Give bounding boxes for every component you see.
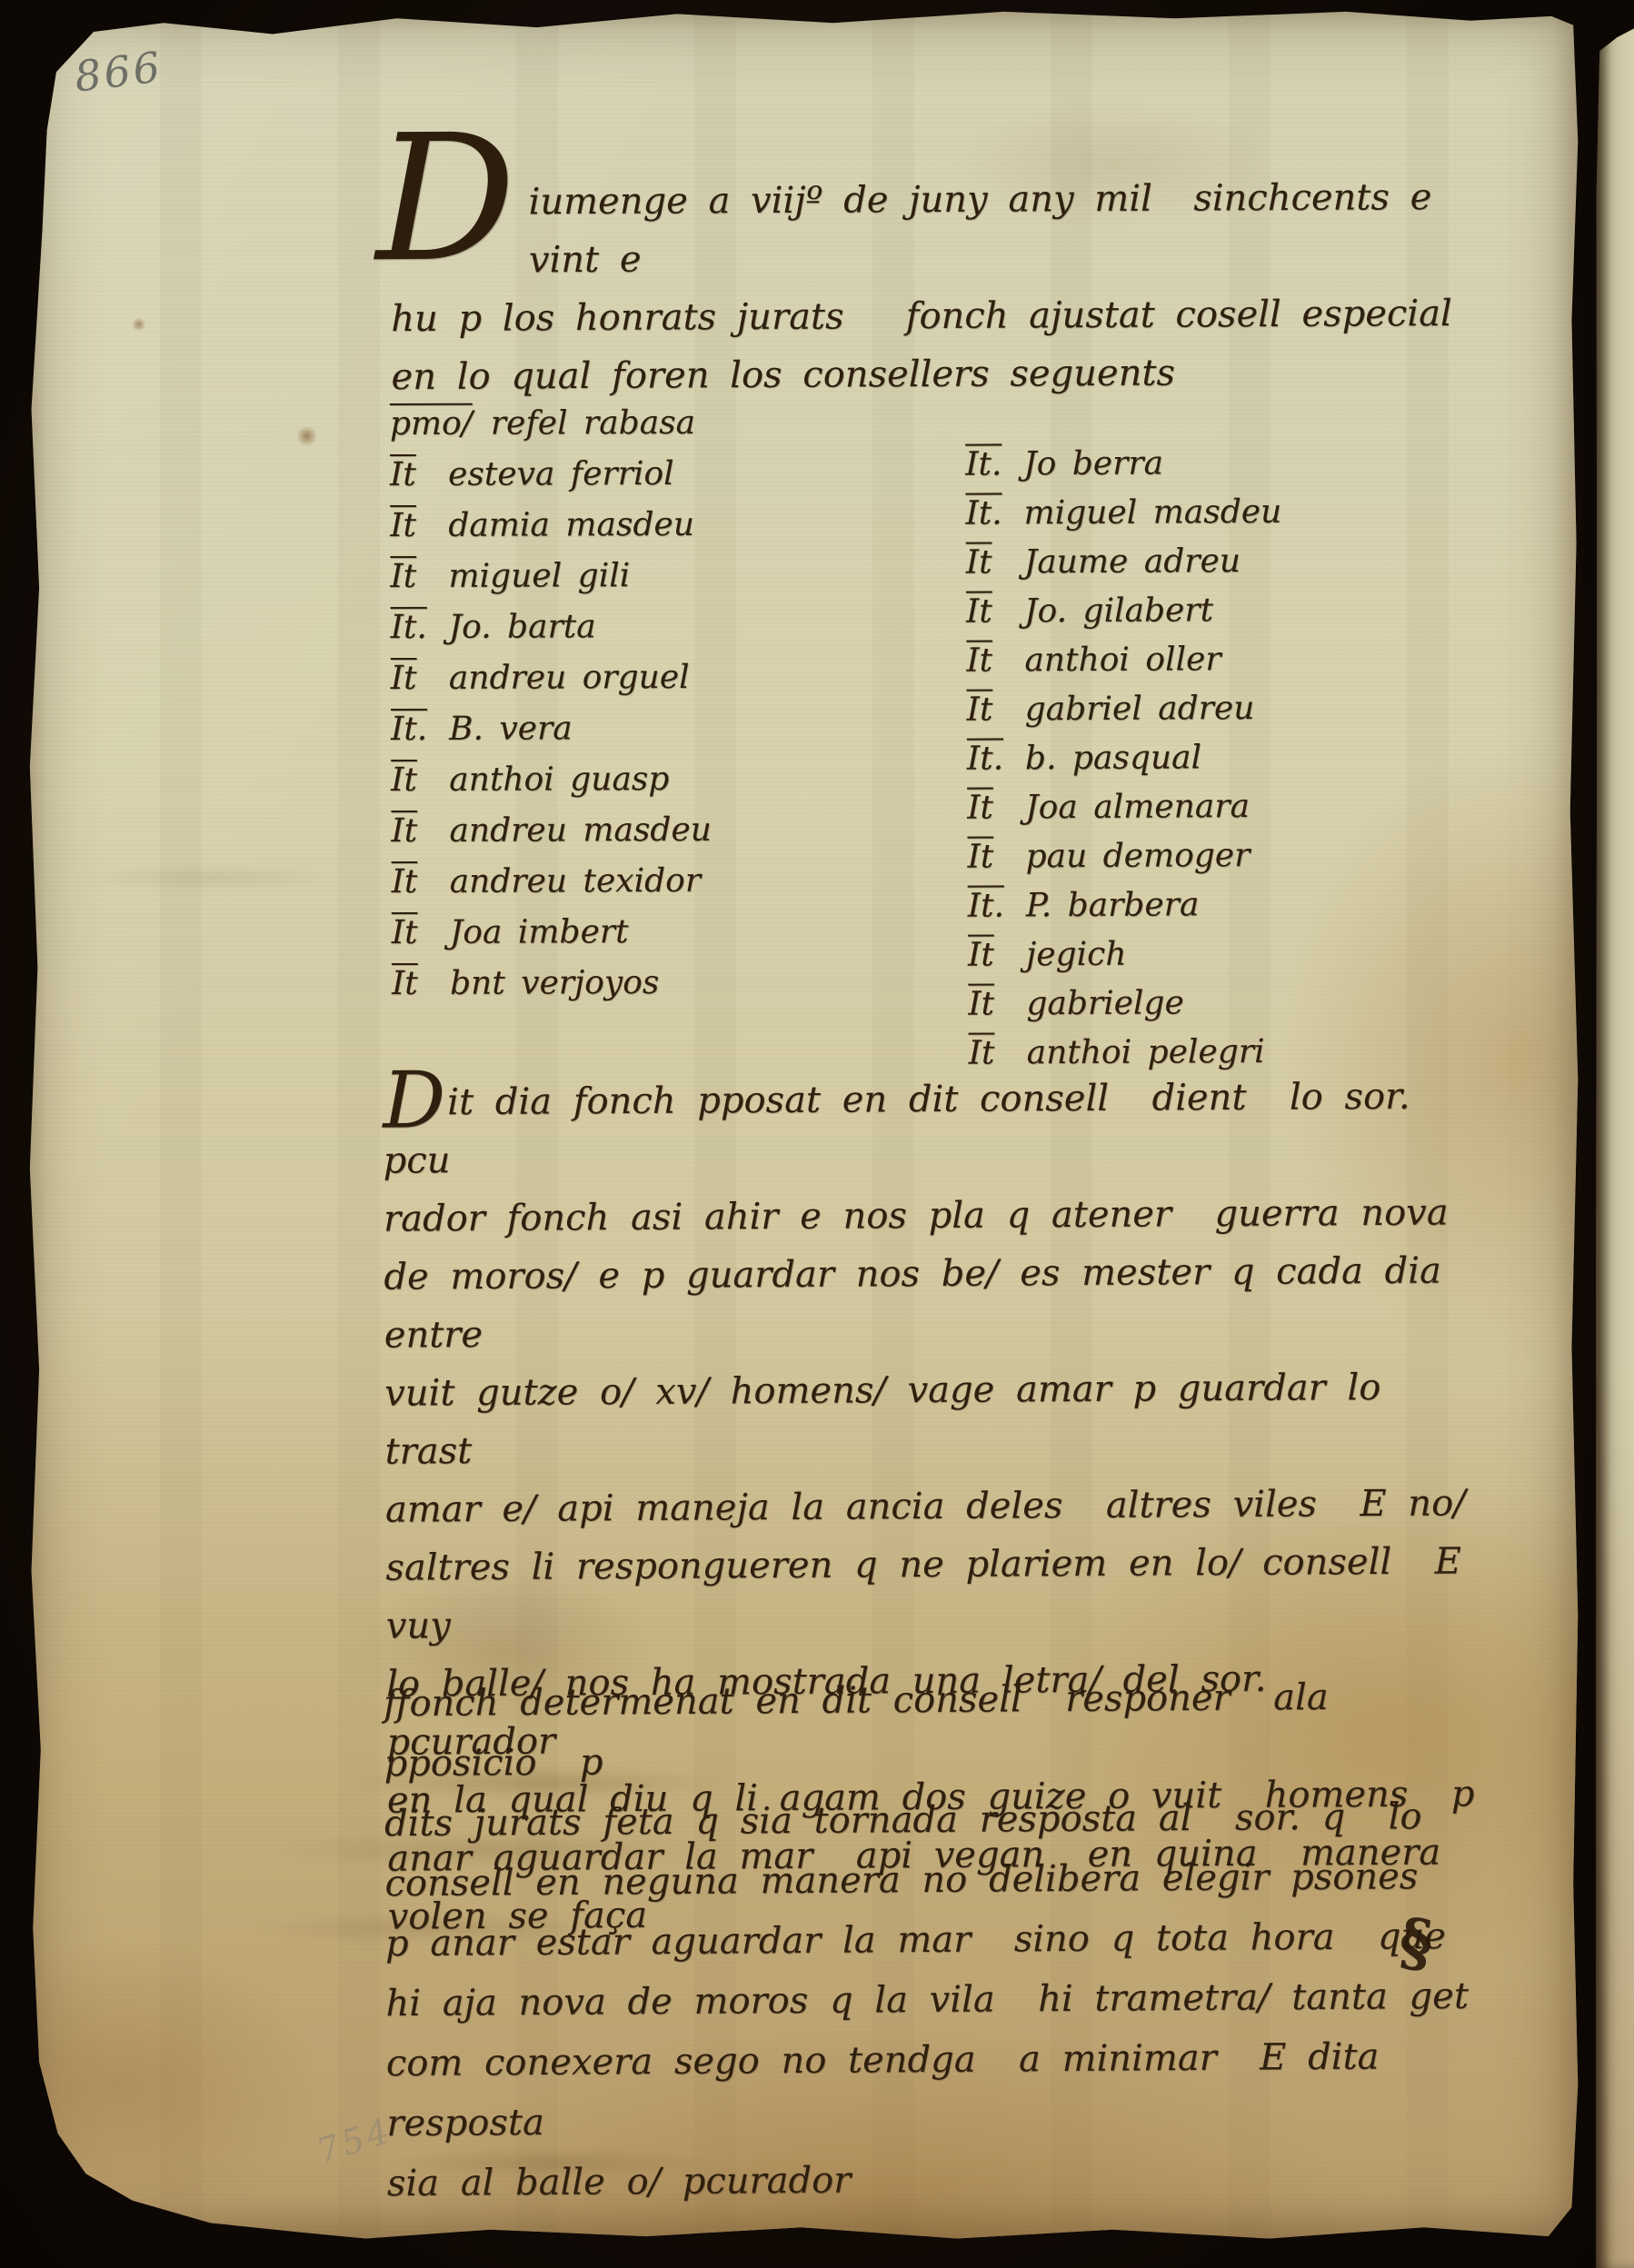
opening-line: en lo qual foren los consellers seguents bbox=[391, 343, 1472, 406]
council-list-left-column: pmo/refel rabasa Itesteva ferriol Itdami… bbox=[390, 403, 937, 1016]
council-member-row: Itjegich bbox=[968, 933, 1531, 985]
decorated-initial: D bbox=[375, 131, 516, 268]
adjacent-page-edge bbox=[1596, 13, 1634, 2268]
manuscript-page: 866 D iumenge a viijº de juny any mil si… bbox=[24, 7, 1579, 2241]
council-member-row: It.b. pasqual bbox=[967, 737, 1530, 789]
council-member-name: esteva ferriol bbox=[448, 455, 674, 493]
council-member-row: Itandreu masdeu bbox=[391, 811, 936, 863]
item-abbreviation: It bbox=[968, 936, 1008, 973]
resolution-line: dits jurats feta q sia tornada resposta … bbox=[384, 1786, 1475, 1854]
council-member-name: andreu masdeu bbox=[449, 811, 712, 850]
resolution-line: sia al balle o/ pcurador bbox=[387, 2146, 1478, 2213]
archival-pencil-number: 754 bbox=[312, 2110, 397, 2172]
council-member-name: Jo. barta bbox=[449, 608, 596, 646]
proposal-line: Dit dia fonch pposat en dit consell dien… bbox=[383, 1067, 1474, 1189]
council-member-row: ItJo. gilabert bbox=[966, 590, 1529, 642]
council-member-name: andreu texidor bbox=[450, 862, 702, 900]
council-member-name: Joa almenara bbox=[1025, 788, 1250, 826]
opening-line: hu p los honrats jurats fonch ajustat co… bbox=[391, 284, 1472, 348]
item-abbreviation: It bbox=[967, 838, 1007, 875]
council-member-row: pmo/refel rabasa bbox=[390, 403, 935, 456]
council-member-row: It.B. vera bbox=[391, 709, 936, 761]
item-abbreviation: It. bbox=[965, 445, 1005, 482]
council-member-name: anthoi pelegri bbox=[1027, 1033, 1265, 1071]
item-abbreviation: It bbox=[392, 965, 432, 1002]
resolution-line: p anar estar aguardar la mar sino q tota… bbox=[385, 1906, 1476, 1974]
binding-gutter bbox=[1576, 0, 1596, 2268]
council-member-row: Itesteva ferriol bbox=[390, 454, 935, 507]
resolution-line: hi aja nova de moros q la vila hi tramet… bbox=[385, 1966, 1476, 2034]
decorated-initial: D bbox=[383, 1055, 448, 1146]
council-member-row: Itandreu texidor bbox=[392, 861, 937, 914]
item-abbreviation: It bbox=[390, 456, 430, 493]
item-abbreviation: It. bbox=[965, 494, 1005, 532]
council-member-row: Itdamia masdeu bbox=[390, 505, 935, 558]
item-abbreviation: It bbox=[966, 543, 1006, 581]
council-member-name: gabriel adreu bbox=[1025, 690, 1255, 728]
item-abbreviation: It bbox=[391, 812, 431, 850]
resolution-line: com conexera sego no tendga a minimar E … bbox=[386, 2026, 1478, 2154]
council-member-name: pau demoger bbox=[1025, 837, 1250, 875]
item-abbreviation: It. bbox=[391, 609, 431, 646]
council-member-row: It.P. barbera bbox=[968, 884, 1531, 936]
item-abbreviation: It bbox=[968, 985, 1008, 1022]
council-member-row: Itpau demoger bbox=[967, 835, 1530, 887]
council-member-name: anthoi oller bbox=[1024, 641, 1221, 679]
proposal-line: rador fonch asi ahir e nos pla q atener … bbox=[384, 1183, 1474, 1248]
council-list-right-column: It.Jo berra It.miguel masdeu ItJaume adr… bbox=[965, 443, 1532, 1083]
resolution-line: consell en neguna manera no delibera ele… bbox=[384, 1846, 1475, 1914]
council-member-row: Itanthoi oller bbox=[966, 639, 1529, 691]
item-abbreviation: It bbox=[969, 1034, 1009, 1071]
manuscript-photo: 866 D iumenge a viijº de juny any mil si… bbox=[0, 0, 1634, 2268]
opening-paragraph: D iumenge a viijº de juny any mil sinchc… bbox=[390, 132, 1473, 406]
folio-number: 866 bbox=[72, 42, 165, 101]
council-member-name: bnt verjoyos bbox=[450, 964, 659, 1002]
item-abbreviation: It. bbox=[391, 711, 431, 748]
item-abbreviation: It bbox=[967, 691, 1007, 728]
council-member-row: It.miguel masdeu bbox=[965, 492, 1529, 543]
council-member-name: jegich bbox=[1026, 936, 1127, 974]
resolution-line: ffonch determenat en dit consell respone… bbox=[384, 1666, 1475, 1794]
item-abbreviation: It bbox=[390, 558, 430, 595]
proposal-line-text: it dia fonch pposat en dit consell dient… bbox=[384, 1076, 1432, 1182]
council-member-row: Itandreu orguel bbox=[391, 658, 936, 711]
council-member-name: Jo. gilabert bbox=[1024, 592, 1213, 630]
council-member-row: Itbnt verjoyos bbox=[392, 963, 937, 1016]
council-member-name: gabrielge bbox=[1026, 984, 1184, 1022]
council-member-row: Itgabrielge bbox=[968, 982, 1531, 1034]
council-member-row: ItJoa imbert bbox=[392, 912, 937, 965]
council-member-row: ItJoa almenara bbox=[967, 786, 1530, 838]
item-abbreviation: It bbox=[966, 592, 1006, 630]
council-member-name: miguel masdeu bbox=[1023, 493, 1281, 532]
council-member-name: Jaume adreu bbox=[1024, 542, 1240, 581]
council-member-row: Itanthoi guasp bbox=[391, 760, 936, 812]
council-member-row: It.Jo. barta bbox=[391, 607, 936, 660]
item-abbreviation: It bbox=[391, 660, 431, 697]
proposal-line: amar e/ api maneja la ancia deles altres… bbox=[385, 1474, 1476, 1538]
council-member-row: Itgabriel adreu bbox=[967, 688, 1530, 740]
council-member-name: B. vera bbox=[449, 710, 573, 747]
council-member-name: Jo berra bbox=[1023, 444, 1163, 482]
item-abbreviation: It bbox=[966, 642, 1006, 679]
item-abbreviation: It. bbox=[967, 740, 1007, 777]
item-abbreviation: It. bbox=[968, 887, 1008, 924]
opening-line: iumenge a viijº de juny any mil sinchcen… bbox=[390, 168, 1472, 290]
proposal-line: vuit gutze o/ xv/ homens/ vage amar p gu… bbox=[384, 1358, 1476, 1480]
council-member-row: Itmiguel gili bbox=[390, 556, 935, 609]
council-member-row: ItJaume adreu bbox=[966, 541, 1529, 592]
council-member-name: damia masdeu bbox=[448, 506, 694, 544]
council-member-name: andreu orguel bbox=[449, 659, 690, 697]
council-member-name: Joa imbert bbox=[450, 913, 629, 951]
council-member-name: miguel gili bbox=[448, 557, 630, 595]
council-member-name: refel rabasa bbox=[491, 404, 695, 443]
proposal-line: de moros/ e p guardar nos be/ es mester … bbox=[384, 1241, 1475, 1364]
item-abbreviation: It bbox=[390, 507, 430, 544]
council-member-name: anthoi guasp bbox=[449, 761, 669, 799]
council-member-name: P. barbera bbox=[1026, 886, 1200, 924]
council-member-name: b. pasqual bbox=[1025, 739, 1201, 777]
item-abbreviation: pmo/ bbox=[390, 405, 473, 443]
item-abbreviation: It bbox=[391, 761, 431, 799]
item-abbreviation: It bbox=[967, 789, 1007, 826]
resolution-paragraph: ffonch determenat en dit consell respone… bbox=[384, 1666, 1478, 2213]
item-abbreviation: It bbox=[392, 914, 432, 951]
item-abbreviation: It bbox=[392, 863, 432, 900]
proposal-line: saltres li respongueren q ne plariem en … bbox=[385, 1532, 1477, 1655]
council-member-row: It.Jo berra bbox=[965, 443, 1529, 494]
